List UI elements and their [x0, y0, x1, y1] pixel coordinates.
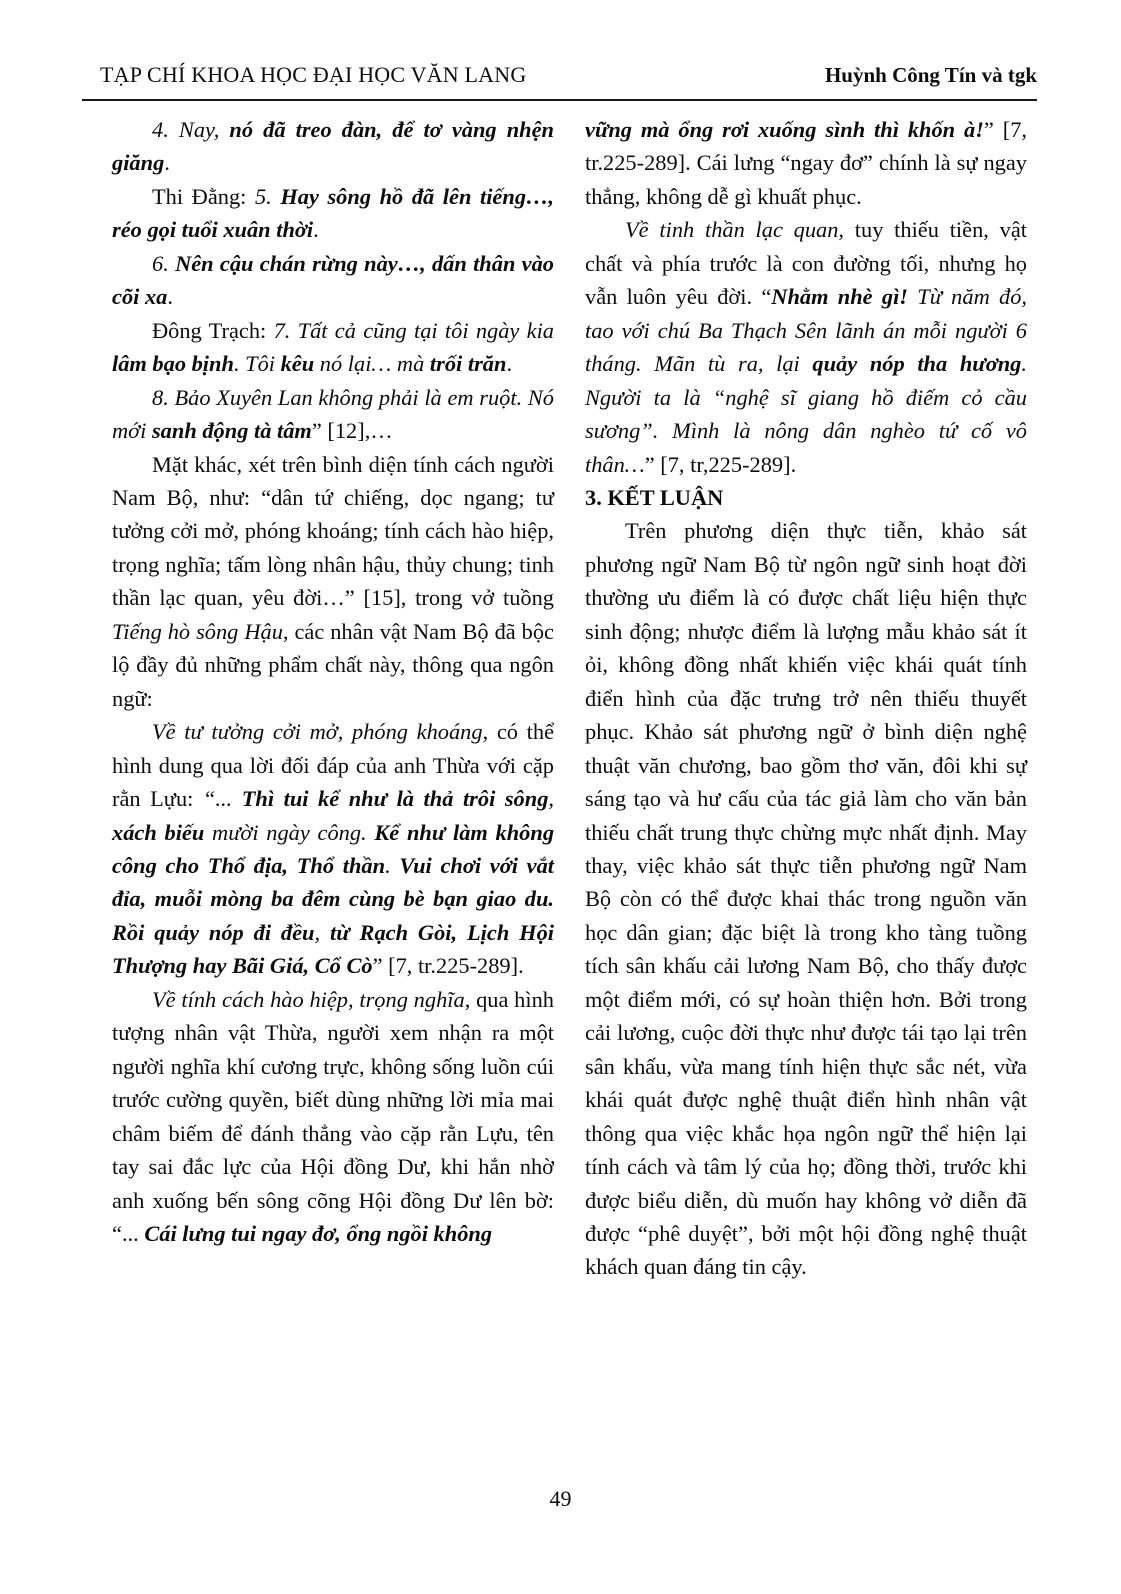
- two-column-body: 4. Nay, nó đã treo đàn, để tơ vàng nhện …: [112, 113, 1027, 1284]
- text-run: xách biếu: [112, 820, 204, 845]
- paragraph: Trên phương diện thực tiễn, khảo sát phư…: [585, 514, 1027, 1283]
- text-run: Về tinh thần lạc quan,: [625, 217, 844, 242]
- paragraph: Đông Trạch: 7. Tất cả cũng tại tôi ngày …: [112, 314, 554, 381]
- text-run: Về tư tưởng cởi mở, phóng khoáng: [152, 719, 483, 744]
- running-head-authors: Huỳnh Công Tín và tgk: [825, 63, 1037, 88]
- text-run: .: [385, 853, 399, 878]
- journal-title: TẠP CHÍ KHOA HỌC ĐẠI HỌC VĂN LANG: [82, 62, 526, 88]
- text-run: 6.: [152, 251, 175, 276]
- paragraph: 6. Nên cậu chán rừng này…, dấn thân vào …: [112, 247, 554, 314]
- left-column: 4. Nay, nó đã treo đàn, để tơ vàng nhện …: [112, 113, 554, 1284]
- text-run: Cái lưng tui ngay đơ, ổng ngồi không: [144, 1221, 492, 1246]
- text-run: Về tính cách hào hiệp, trọng nghĩa: [152, 987, 465, 1012]
- text-run: Mặt khác, xét trên bình diện tính cách n…: [112, 452, 554, 611]
- text-run: ” [12],…: [312, 418, 393, 443]
- text-run: sanh động tà tâm: [152, 418, 312, 443]
- text-run: Thi Đằng:: [152, 184, 255, 209]
- text-run: .: [167, 284, 173, 309]
- text-run: ,: [315, 920, 330, 945]
- paragraph: vững mà ổng rơi xuống sình thì khốn à!” …: [585, 113, 1027, 213]
- text-run: . Tôi: [234, 351, 281, 376]
- text-run: Trên phương diện thực tiễn, khảo sát phư…: [585, 518, 1027, 1279]
- text-run: quảy nóp tha hương: [812, 351, 1021, 376]
- text-run: kêu: [281, 351, 315, 376]
- text-run: Nhằm nhè gì!: [771, 284, 917, 309]
- text-run: nó lại… mà: [314, 351, 430, 376]
- page-number: 49: [550, 1486, 572, 1511]
- text-run: 4. Nay,: [152, 117, 229, 142]
- text-run: Đông Trạch:: [152, 318, 274, 343]
- page-header: TẠP CHÍ KHOA HỌC ĐẠI HỌC VĂN LANG Huỳnh …: [82, 62, 1037, 101]
- text-run: 5.: [255, 184, 280, 209]
- text-run: 7. Tất cả cũng tại tôi ngày kia: [274, 318, 554, 343]
- text-run: ,: [548, 786, 554, 811]
- text-run: 3. KẾT LUẬN: [585, 485, 723, 510]
- text-run: lâm bạo bịnh: [112, 351, 234, 376]
- paragraph: Về tinh thần lạc quan, tuy thiếu tiền, v…: [585, 213, 1027, 481]
- paragraph: Về tư tưởng cởi mở, phóng khoáng, có thể…: [112, 715, 554, 983]
- text-run: vững mà ổng rơi xuống sình thì khốn à!: [585, 117, 984, 142]
- text-run: ” [7, tr.225-289].: [373, 953, 524, 978]
- text-run: “...: [203, 786, 242, 811]
- paragraph: 8. Bảo Xuyên Lan không phải là em ruột. …: [112, 381, 554, 448]
- text-run: Nên cậu chán rừng này…, dấn thân vào cõi…: [112, 251, 554, 309]
- text-run: trối trăn: [430, 351, 507, 376]
- text-run: ” [7, tr,225-289].: [645, 452, 796, 477]
- right-column: vững mà ổng rơi xuống sình thì khốn à!” …: [585, 113, 1027, 1284]
- section-heading: 3. KẾT LUẬN: [585, 481, 1027, 514]
- text-run: Tiếng hò sông Hậu: [112, 619, 283, 644]
- page-footer: 49: [0, 1486, 1121, 1512]
- paragraph: 4. Nay, nó đã treo đàn, để tơ vàng nhện …: [112, 113, 554, 180]
- text-run: Thì tui kể như là thả trôi sông: [242, 786, 549, 811]
- text-run: .: [164, 150, 170, 175]
- paragraph: Thi Đằng: 5. Hay sông hồ đã lên tiếng…, …: [112, 180, 554, 247]
- text-run: .: [506, 351, 512, 376]
- journal-page: TẠP CHÍ KHOA HỌC ĐẠI HỌC VĂN LANG Huỳnh …: [0, 0, 1121, 1594]
- paragraph: Về tính cách hào hiệp, trọng nghĩa, qua …: [112, 983, 554, 1251]
- paragraph: Mặt khác, xét trên bình diện tính cách n…: [112, 448, 554, 716]
- text-run: mười ngày công.: [204, 820, 374, 845]
- text-run: , qua hình tượng nhân vật Thừa, người xe…: [112, 987, 554, 1246]
- text-run: .: [313, 217, 319, 242]
